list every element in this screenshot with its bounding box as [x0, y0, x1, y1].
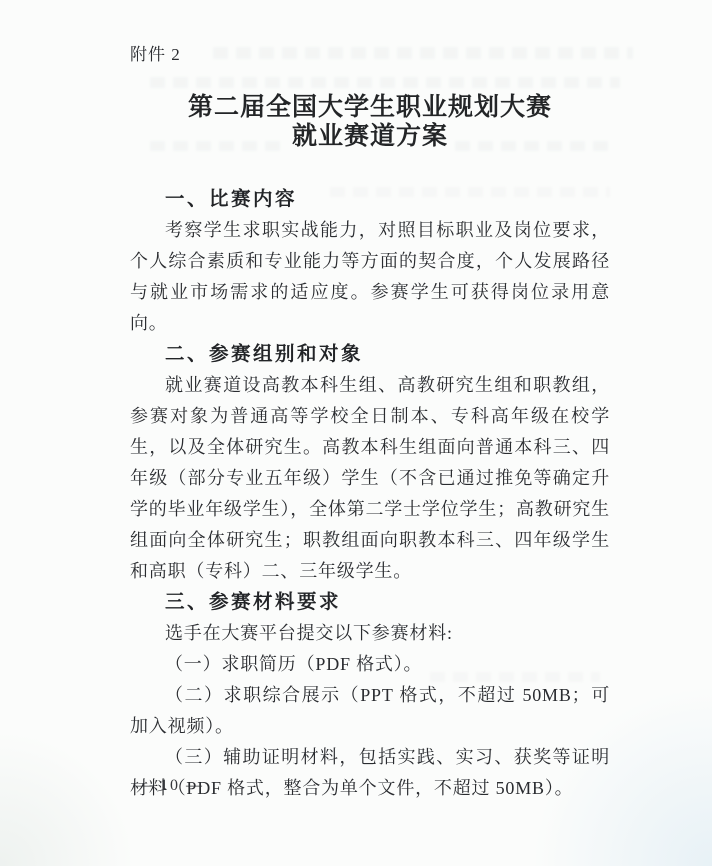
section-competition-content: 一、比赛内容 考察学生求职实战能力，对照目标职业及岗位要求，个人综合素质和专业能… [130, 184, 610, 339]
document-title-line2: 就业赛道方案 [130, 122, 610, 151]
scan-bleedthrough-artifact [150, 77, 620, 88]
section-material-requirements: 三、参赛材料要求 选手在大赛平台提交以下参赛材料: （一）求职简历（PDF 格式… [130, 587, 610, 804]
paragraph-material-intro: 选手在大赛平台提交以下参赛材料: [130, 618, 610, 649]
document-body: 一、比赛内容 考察学生求职实战能力，对照目标职业及岗位要求，个人综合素质和专业能… [130, 184, 610, 804]
page-number: — 10 — [136, 777, 204, 795]
section-groups-and-targets: 二、参赛组别和对象 就业赛道设高教本科生组、高教研究生组和职教组，参赛对象为普通… [130, 339, 610, 587]
section-heading-groups-and-targets: 二、参赛组别和对象 [130, 339, 610, 370]
paragraph-material-item-2: （二）求职综合展示（PPT 格式，不超过 50MB；可加入视频）。 [130, 680, 610, 742]
document-title: 第二届全国大学生职业规划大赛 就业赛道方案 [130, 93, 610, 151]
document-title-line1: 第二届全国大学生职业规划大赛 [130, 93, 610, 122]
section-heading-material-requirements: 三、参赛材料要求 [130, 587, 610, 618]
paragraph-material-item-1: （一）求职简历（PDF 格式）。 [130, 649, 610, 680]
section-heading-competition-content: 一、比赛内容 [130, 184, 610, 215]
attachment-label: 附件 2 [130, 43, 610, 67]
scanned-document-page: 附件 2 第二届全国大学生职业规划大赛 就业赛道方案 一、比赛内容 考察学生求职… [0, 0, 712, 866]
paragraph-competition-content: 考察学生求职实战能力，对照目标职业及岗位要求，个人综合素质和专业能力等方面的契合… [130, 215, 610, 339]
paragraph-groups-and-targets: 就业赛道设高教本科生组、高教研究生组和职教组，参赛对象为普通高等学校全日制本、专… [130, 370, 610, 587]
